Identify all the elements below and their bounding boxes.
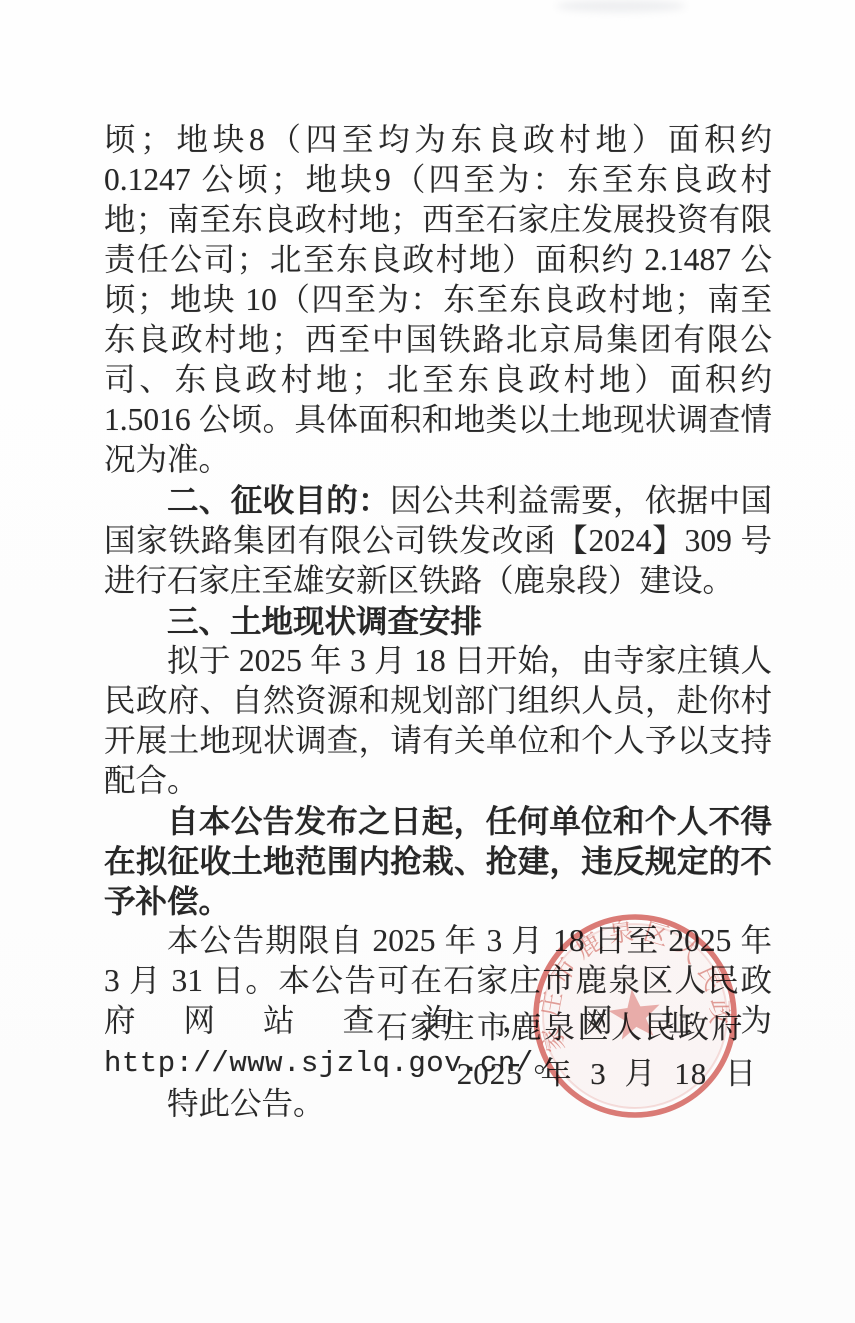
paragraph-purpose: 二、征收目的：因公共利益需要，依据中国国家铁路集团有限公司铁发改函【2024】3…: [104, 480, 772, 601]
section2-label: 二、征收目的：: [167, 482, 390, 518]
scanned-announcement-page: 顷；地块8（四至均为东良政村地）面积约 0.1247 公顷；地块9（四至为：东至…: [0, 0, 855, 1323]
paragraph-land-parcels: 顷；地块8（四至均为东良政村地）面积约 0.1247 公顷；地块9（四至为：东至…: [104, 120, 772, 480]
official-seal: 石家庄市鹿泉区人民政府: [515, 896, 756, 1137]
paragraph-survey: 拟于 2025 年 3 月 18 日开始，由寺家庄镇人民政府、自然资源和规划部门…: [104, 641, 772, 801]
section3-heading: 三、土地现状调查安排: [104, 601, 772, 641]
scan-artifact: [556, 0, 686, 12]
